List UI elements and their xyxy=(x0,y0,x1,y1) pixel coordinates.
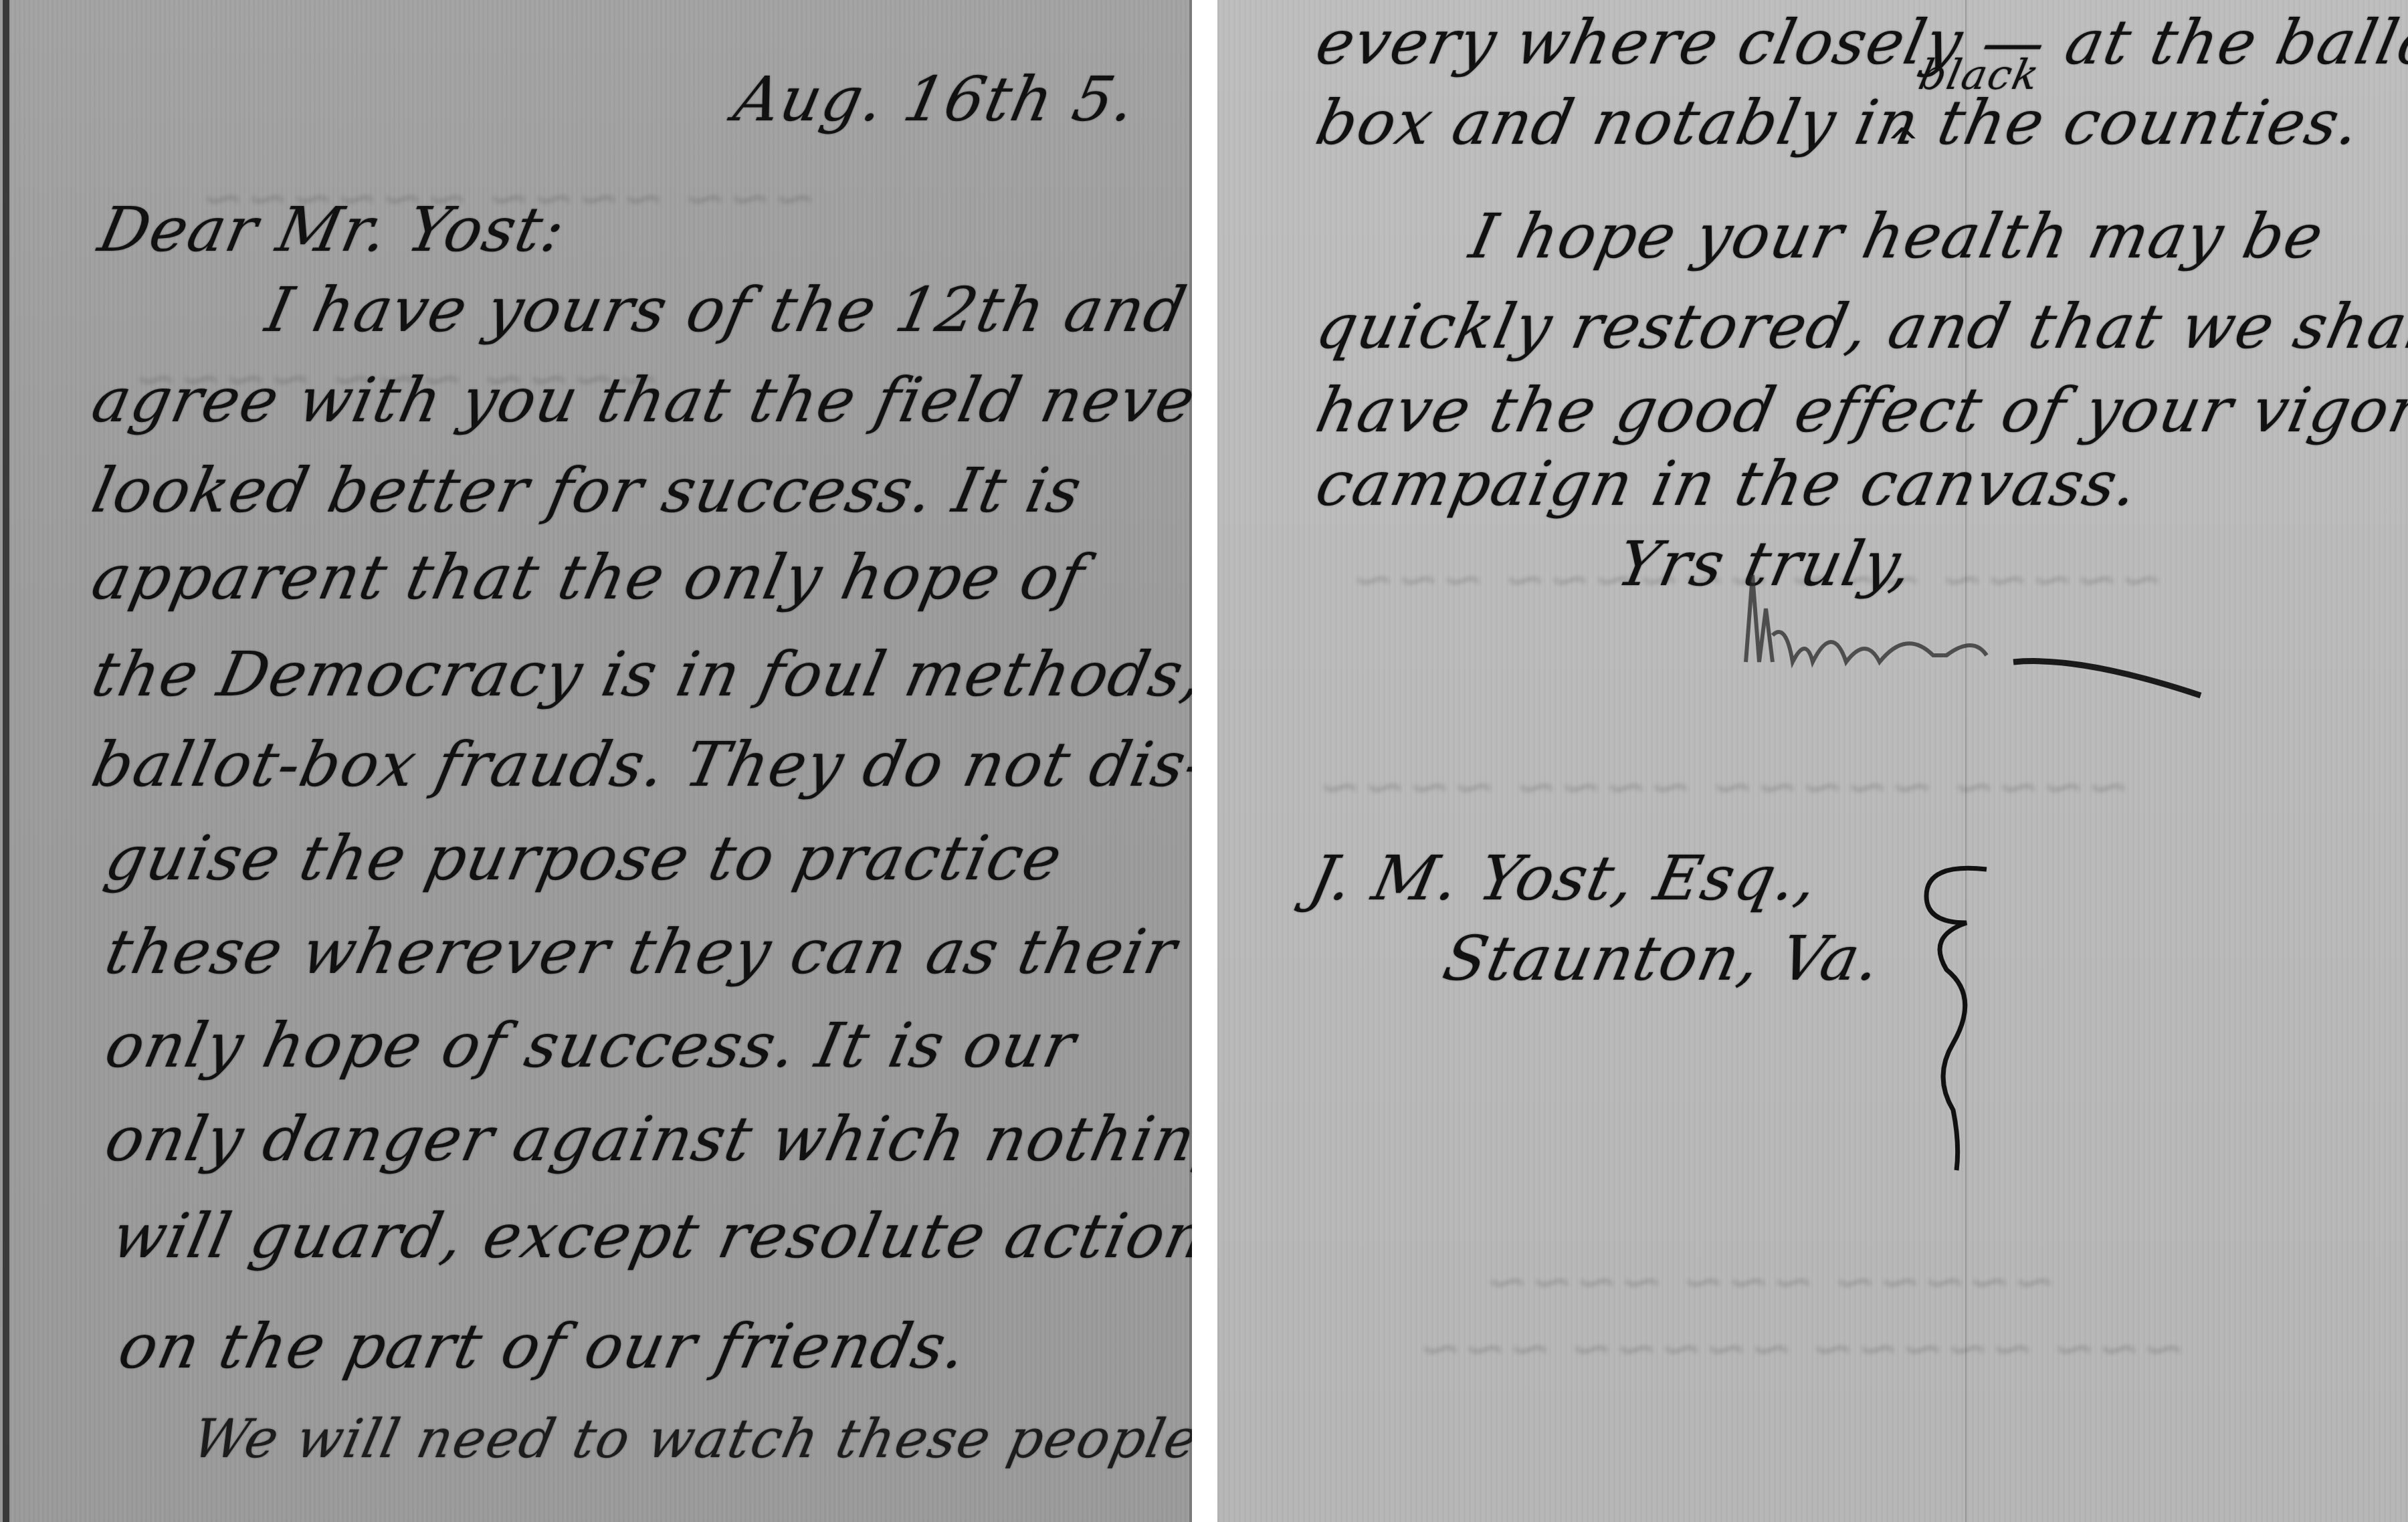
address-name: J. M. Yost, Esq., xyxy=(1304,843,1825,914)
letter-page-1: ~~~ ~~~~ ~~~~~~ ~~~~ ~~~ ~~~~ Aug. 16th … xyxy=(0,0,1192,1522)
insertion-caret: ^ xyxy=(1886,120,1920,167)
letter-line: have the good effect of your vigorous xyxy=(1310,374,2408,446)
letter-date: Aug. 16th 5. xyxy=(728,64,1143,135)
letter-line: I hope your health may be xyxy=(1464,201,2330,272)
letter-line: the Democracy is in foul methods, and xyxy=(86,639,1192,710)
letter-line: every where closely — at the ballot xyxy=(1310,7,2408,78)
bleed-through-text: ~~~~ ~~~~~ ~~~~ ~~~~ xyxy=(1310,756,2138,818)
letter-line: quickly restored, and that we shall xyxy=(1310,291,2408,362)
letter-line: will guard, except resolute action xyxy=(106,1200,1192,1272)
letter-line: guise the purpose to practice xyxy=(100,823,1070,894)
address-place: Staunton, Va. xyxy=(1437,923,1888,994)
letter-line: I have yours of the 12th and xyxy=(260,274,1192,346)
letter-line: these wherever they can as their xyxy=(100,916,1184,988)
letter-line: agree with you that the field never xyxy=(86,364,1192,436)
page-gutter xyxy=(1192,0,1217,1522)
letter-line: looked better for success. It is xyxy=(86,455,1089,526)
flourish-stroke xyxy=(1913,856,2007,1177)
bleed-through-text: ~~~ ~~~~~ ~~~~~ ~~~ xyxy=(1410,1317,2194,1380)
letter-line: on the part of our friends. xyxy=(113,1311,975,1382)
letter-line: box and notably in the counties. xyxy=(1310,87,2368,158)
letter-page-2: ~~~~~ ~~~ ~~~~~~ ~~~ ~~~~ ~~~~~ ~~~~ ~~~… xyxy=(1217,0,2408,1522)
letter-line: campaign in the canvass. xyxy=(1310,448,2146,520)
letter-line: only danger against which nothing xyxy=(100,1103,1192,1175)
letter-line: ballot-box frauds. They do not dis- xyxy=(86,729,1192,800)
letter-line: only hope of success. It is our xyxy=(100,1010,1083,1081)
page-border xyxy=(3,0,9,1522)
signature xyxy=(1732,562,2241,702)
letter-salutation: Dear Mr. Yost: xyxy=(93,194,573,265)
bleed-through-text: ~~~~~ ~~~ ~~~~ xyxy=(1477,1251,2064,1313)
letter-line: We will need to watch these people xyxy=(187,1408,1192,1470)
letter-line: apparent that the only hope of xyxy=(86,542,1092,613)
